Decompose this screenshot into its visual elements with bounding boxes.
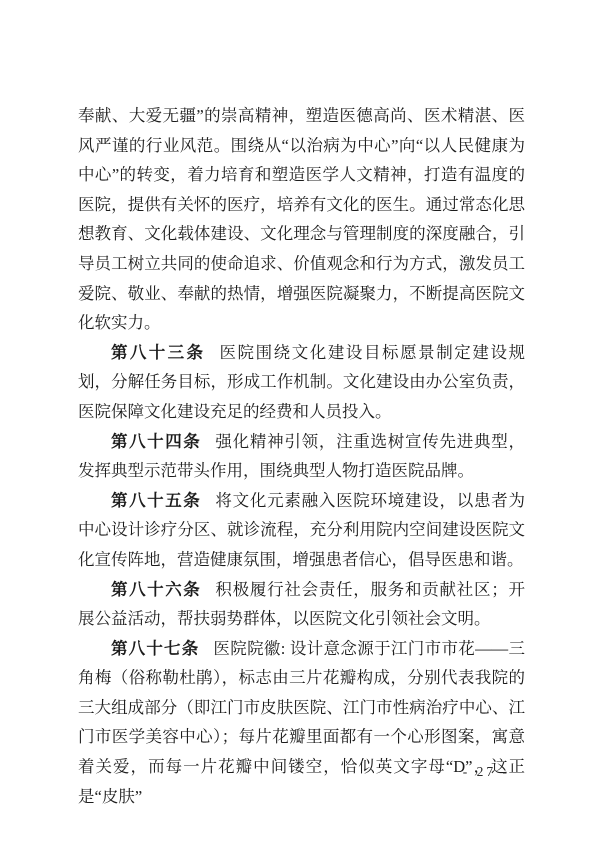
article-paragraph: 第八十六条积极履行社会责任，服务和贡献社区；开展公益活动，帮扶弱势群体，以医院文… xyxy=(78,575,525,634)
article-paragraph: 第八十三条医院围绕文化建设目标愿景制定建设规划，分解任务目标，形成工作机制。文化… xyxy=(78,338,525,427)
article-number: 第八十六条 xyxy=(111,580,201,599)
document-body: 奉献、大爱无疆”的崇高精神，塑造医德高尚、医术精湛、医风严谨的行业风范。围绕从“… xyxy=(78,101,525,811)
body-paragraph: 奉献、大爱无疆”的崇高精神，塑造医德高尚、医术精湛、医风严谨的行业风范。围绕从“… xyxy=(78,101,525,338)
article-number: 第八十五条 xyxy=(111,491,201,510)
article-paragraph: 第八十四条强化精神引领，注重选树宣传先进典型，发挥典型示范带头作用，围绕典型人物… xyxy=(78,427,525,486)
article-paragraph: 第八十七条医院院徽: 设计意念源于江门市市花——三角梅（俗称勒杜鹃），标志由三片… xyxy=(78,634,525,812)
document-page: 奉献、大爱无疆”的崇高精神，塑造医德高尚、医术精湛、医风严谨的行业风范。围绕从“… xyxy=(0,0,600,848)
page-number: - 27 - xyxy=(463,764,510,780)
article-paragraph: 第八十五条将文化元素融入医院环境建设，以患者为中心设计诊疗分区、就诊流程，充分利… xyxy=(78,486,525,575)
article-number: 第八十四条 xyxy=(111,432,201,451)
article-number: 第八十七条 xyxy=(111,639,199,658)
article-number: 第八十三条 xyxy=(111,343,205,362)
